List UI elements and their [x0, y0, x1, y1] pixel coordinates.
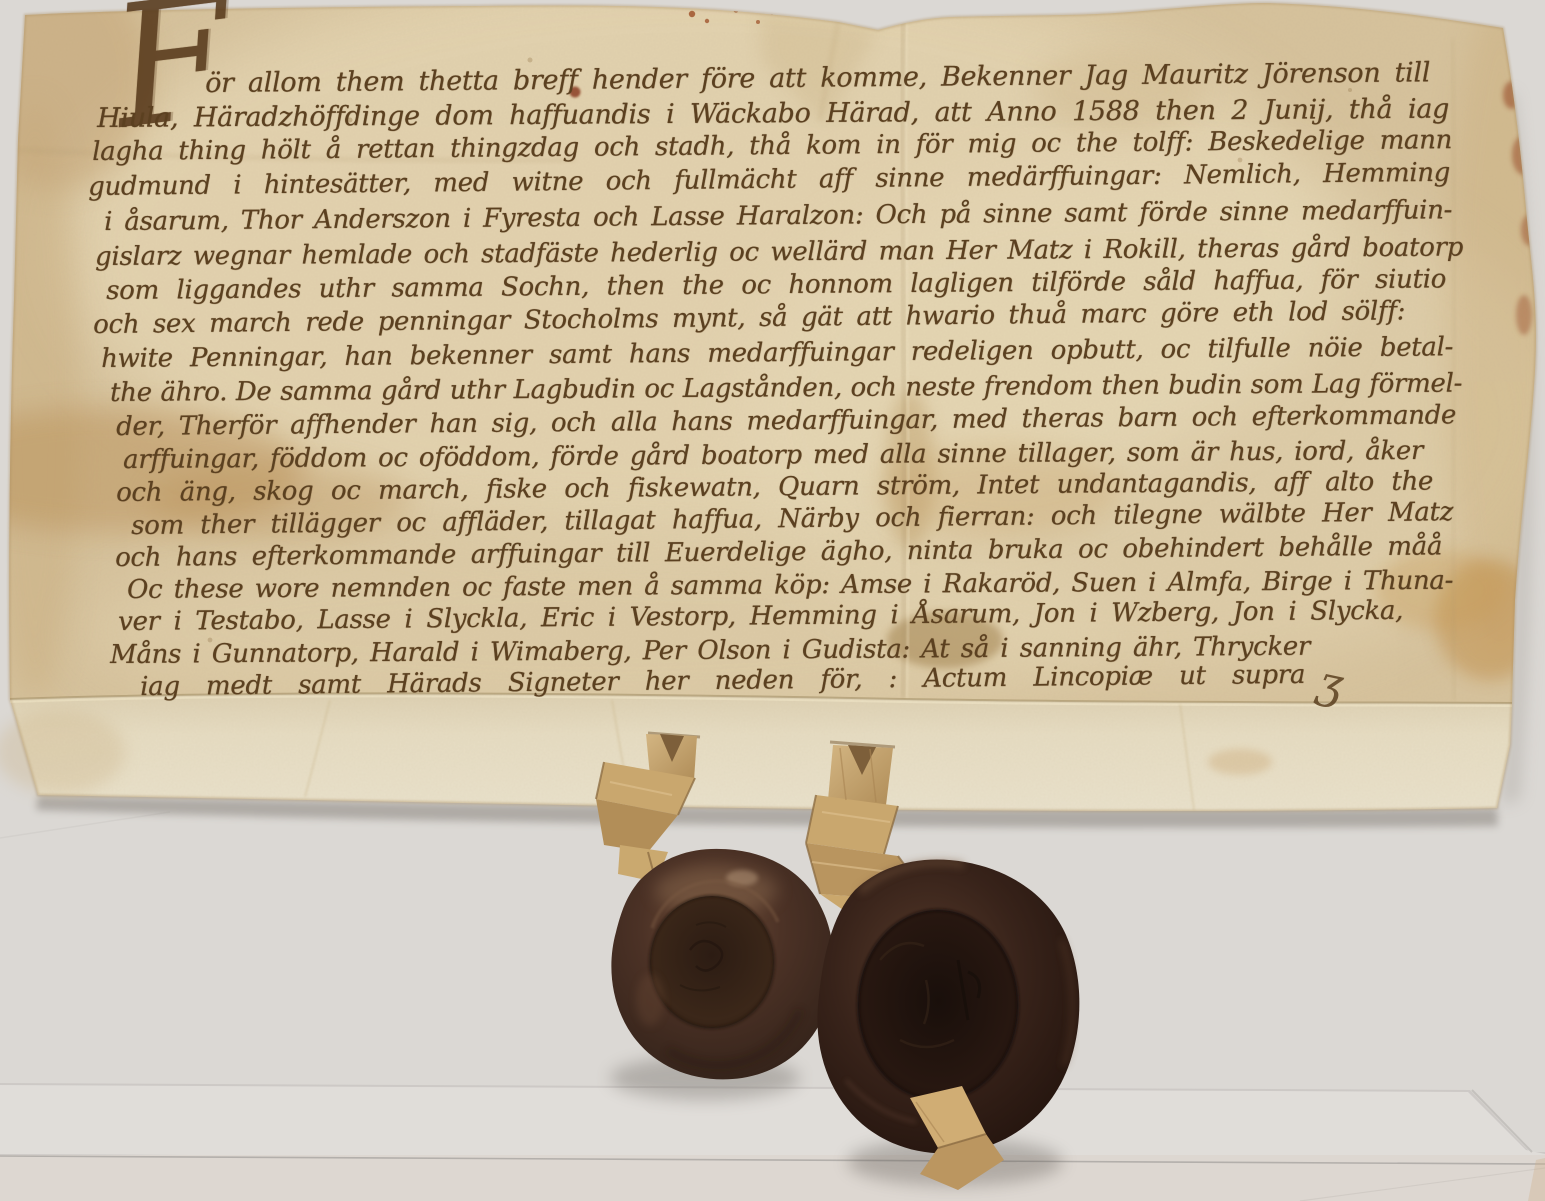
wax-seal-left [610, 849, 834, 1100]
photo-scene: F ör allom them thetta breff hender före… [0, 0, 1545, 1201]
parchment-document [0, 0, 1545, 815]
parchment-artwork [0, 0, 1545, 1201]
parchment-texture [0, 0, 1545, 815]
